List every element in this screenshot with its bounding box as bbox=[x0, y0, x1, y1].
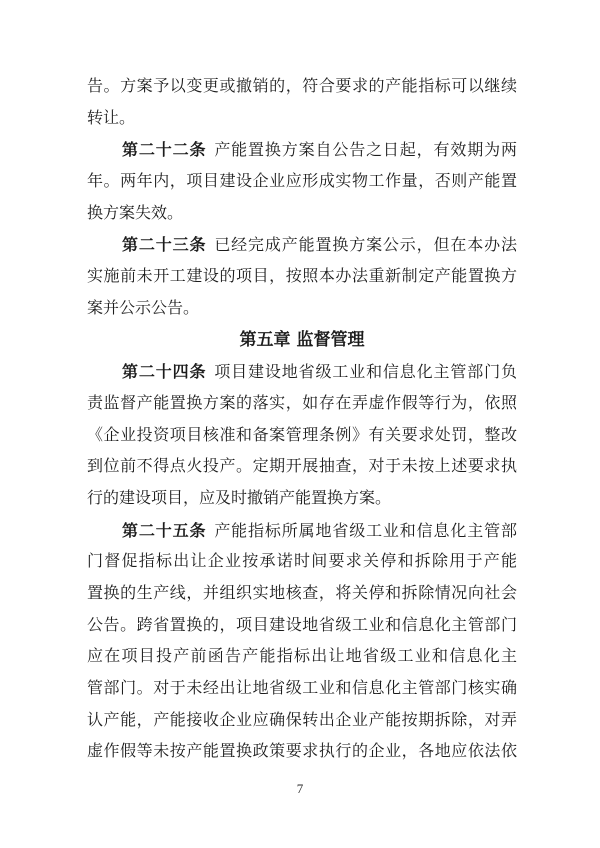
body-line: 应在项目投产前函告产能指标出让地省级工业和信息化主 bbox=[87, 641, 517, 673]
line-text: 已经完成产能置换方案公示，但在本办法 bbox=[214, 237, 517, 254]
body-line: 公告。跨省置换的，项目建设地省级工业和信息化主管部门 bbox=[87, 610, 517, 642]
body-line: 置换的生产线，并组织实地核查，将关停和拆除情况向社会 bbox=[87, 578, 517, 610]
line-text: 产能置换方案自公告之日起，有效期为两 bbox=[214, 142, 517, 159]
line-text: 到位前不得点火投产。定期开展抽查，对于未按上述要求执 bbox=[87, 458, 517, 475]
line-text: 应在项目投产前函告产能指标出让地省级工业和信息化主 bbox=[87, 648, 517, 665]
line-text: 项目建设地省级工业和信息化主管部门负 bbox=[214, 364, 517, 381]
article-number: 第二十四条 bbox=[122, 362, 206, 381]
article-number: 第二十三条 bbox=[122, 235, 206, 254]
line-text: 虚作假等未按产能置换政策要求执行的企业，各地应依法依 bbox=[87, 743, 517, 760]
line-text: 责监督产能置换方案的落实，如存在弄虚作假等行为，依照 bbox=[87, 395, 517, 412]
line-text: 产能指标所属地省级工业和信息化主管部 bbox=[214, 523, 517, 540]
line-text: 行的建设项目，应及时撤销产能置换方案。 bbox=[87, 490, 391, 507]
line-text: 实施前未开工建设的项目，按照本办法重新制定产能置换方 bbox=[87, 268, 517, 285]
line-text: 门督促指标出让企业按承诺时间要求关停和拆除用于产能 bbox=[87, 553, 517, 570]
line-text: 公告。跨省置换的，项目建设地省级工业和信息化主管部门 bbox=[87, 617, 517, 634]
body-line: 第二十五条产能指标所属地省级工业和信息化主管部 bbox=[87, 515, 517, 547]
body-line: 责监督产能置换方案的落实，如存在弄虚作假等行为，依照 bbox=[87, 388, 517, 420]
body-line: 实施前未开工建设的项目，按照本办法重新制定产能置换方 bbox=[87, 261, 517, 293]
body-line: 案并公示公告。 bbox=[87, 293, 517, 325]
body-line: 到位前不得点火投产。定期开展抽查，对于未按上述要求执 bbox=[87, 451, 517, 483]
line-text: 管部门。对于未经出让地省级工业和信息化主管部门核实确 bbox=[87, 680, 517, 697]
body-line: 管部门。对于未经出让地省级工业和信息化主管部门核实确 bbox=[87, 673, 517, 705]
article-number: 第二十五条 bbox=[122, 521, 206, 540]
line-text: 换方案失效。 bbox=[87, 205, 183, 222]
body-line: 换方案失效。 bbox=[87, 198, 517, 230]
body-line: 《企业投资项目核准和备案管理条例》有关要求处罚，整改 bbox=[87, 420, 517, 452]
body-line: 转让。 bbox=[87, 103, 517, 135]
body-line: 认产能，产能接收企业应确保转出企业产能按期拆除，对弄 bbox=[87, 705, 517, 737]
body-line: 告。方案予以变更或撤销的，符合要求的产能指标可以继续 bbox=[87, 71, 517, 103]
line-text: 置换的生产线，并组织实地核查，将关停和拆除情况向社会 bbox=[87, 585, 517, 602]
body-line: 行的建设项目，应及时撤销产能置换方案。 bbox=[87, 483, 517, 515]
body-line: 门督促指标出让企业按承诺时间要求关停和拆除用于产能 bbox=[87, 546, 517, 578]
page-number: 7 bbox=[0, 781, 600, 797]
body-line: 年。两年内，项目建设企业应形成实物工作量，否则产能置 bbox=[87, 166, 517, 198]
line-text: 转让。 bbox=[87, 110, 135, 127]
body-line: 第二十四条项目建设地省级工业和信息化主管部门负 bbox=[87, 356, 517, 388]
body-line: 虚作假等未按产能置换政策要求执行的企业，各地应依法依 bbox=[87, 736, 517, 768]
line-text: 《企业投资项目核准和备案管理条例》有关要求处罚，整改 bbox=[87, 427, 517, 444]
chapter-heading: 第五章 监督管理 bbox=[87, 325, 517, 357]
body-line: 第二十二条产能置换方案自公告之日起，有效期为两 bbox=[87, 134, 517, 166]
line-text: 案并公示公告。 bbox=[87, 300, 199, 317]
document-page: 告。方案予以变更或撤销的，符合要求的产能指标可以继续 转让。 第二十二条产能置换… bbox=[0, 0, 600, 848]
document-body: 告。方案予以变更或撤销的，符合要求的产能指标可以继续 转让。 第二十二条产能置换… bbox=[87, 71, 517, 768]
article-number: 第二十二条 bbox=[122, 140, 206, 159]
body-line: 第二十三条已经完成产能置换方案公示，但在本办法 bbox=[87, 229, 517, 261]
line-text: 年。两年内，项目建设企业应形成实物工作量，否则产能置 bbox=[87, 173, 517, 190]
line-text: 告。方案予以变更或撤销的，符合要求的产能指标可以继续 bbox=[87, 78, 517, 95]
line-text: 认产能，产能接收企业应确保转出企业产能按期拆除，对弄 bbox=[87, 712, 517, 729]
